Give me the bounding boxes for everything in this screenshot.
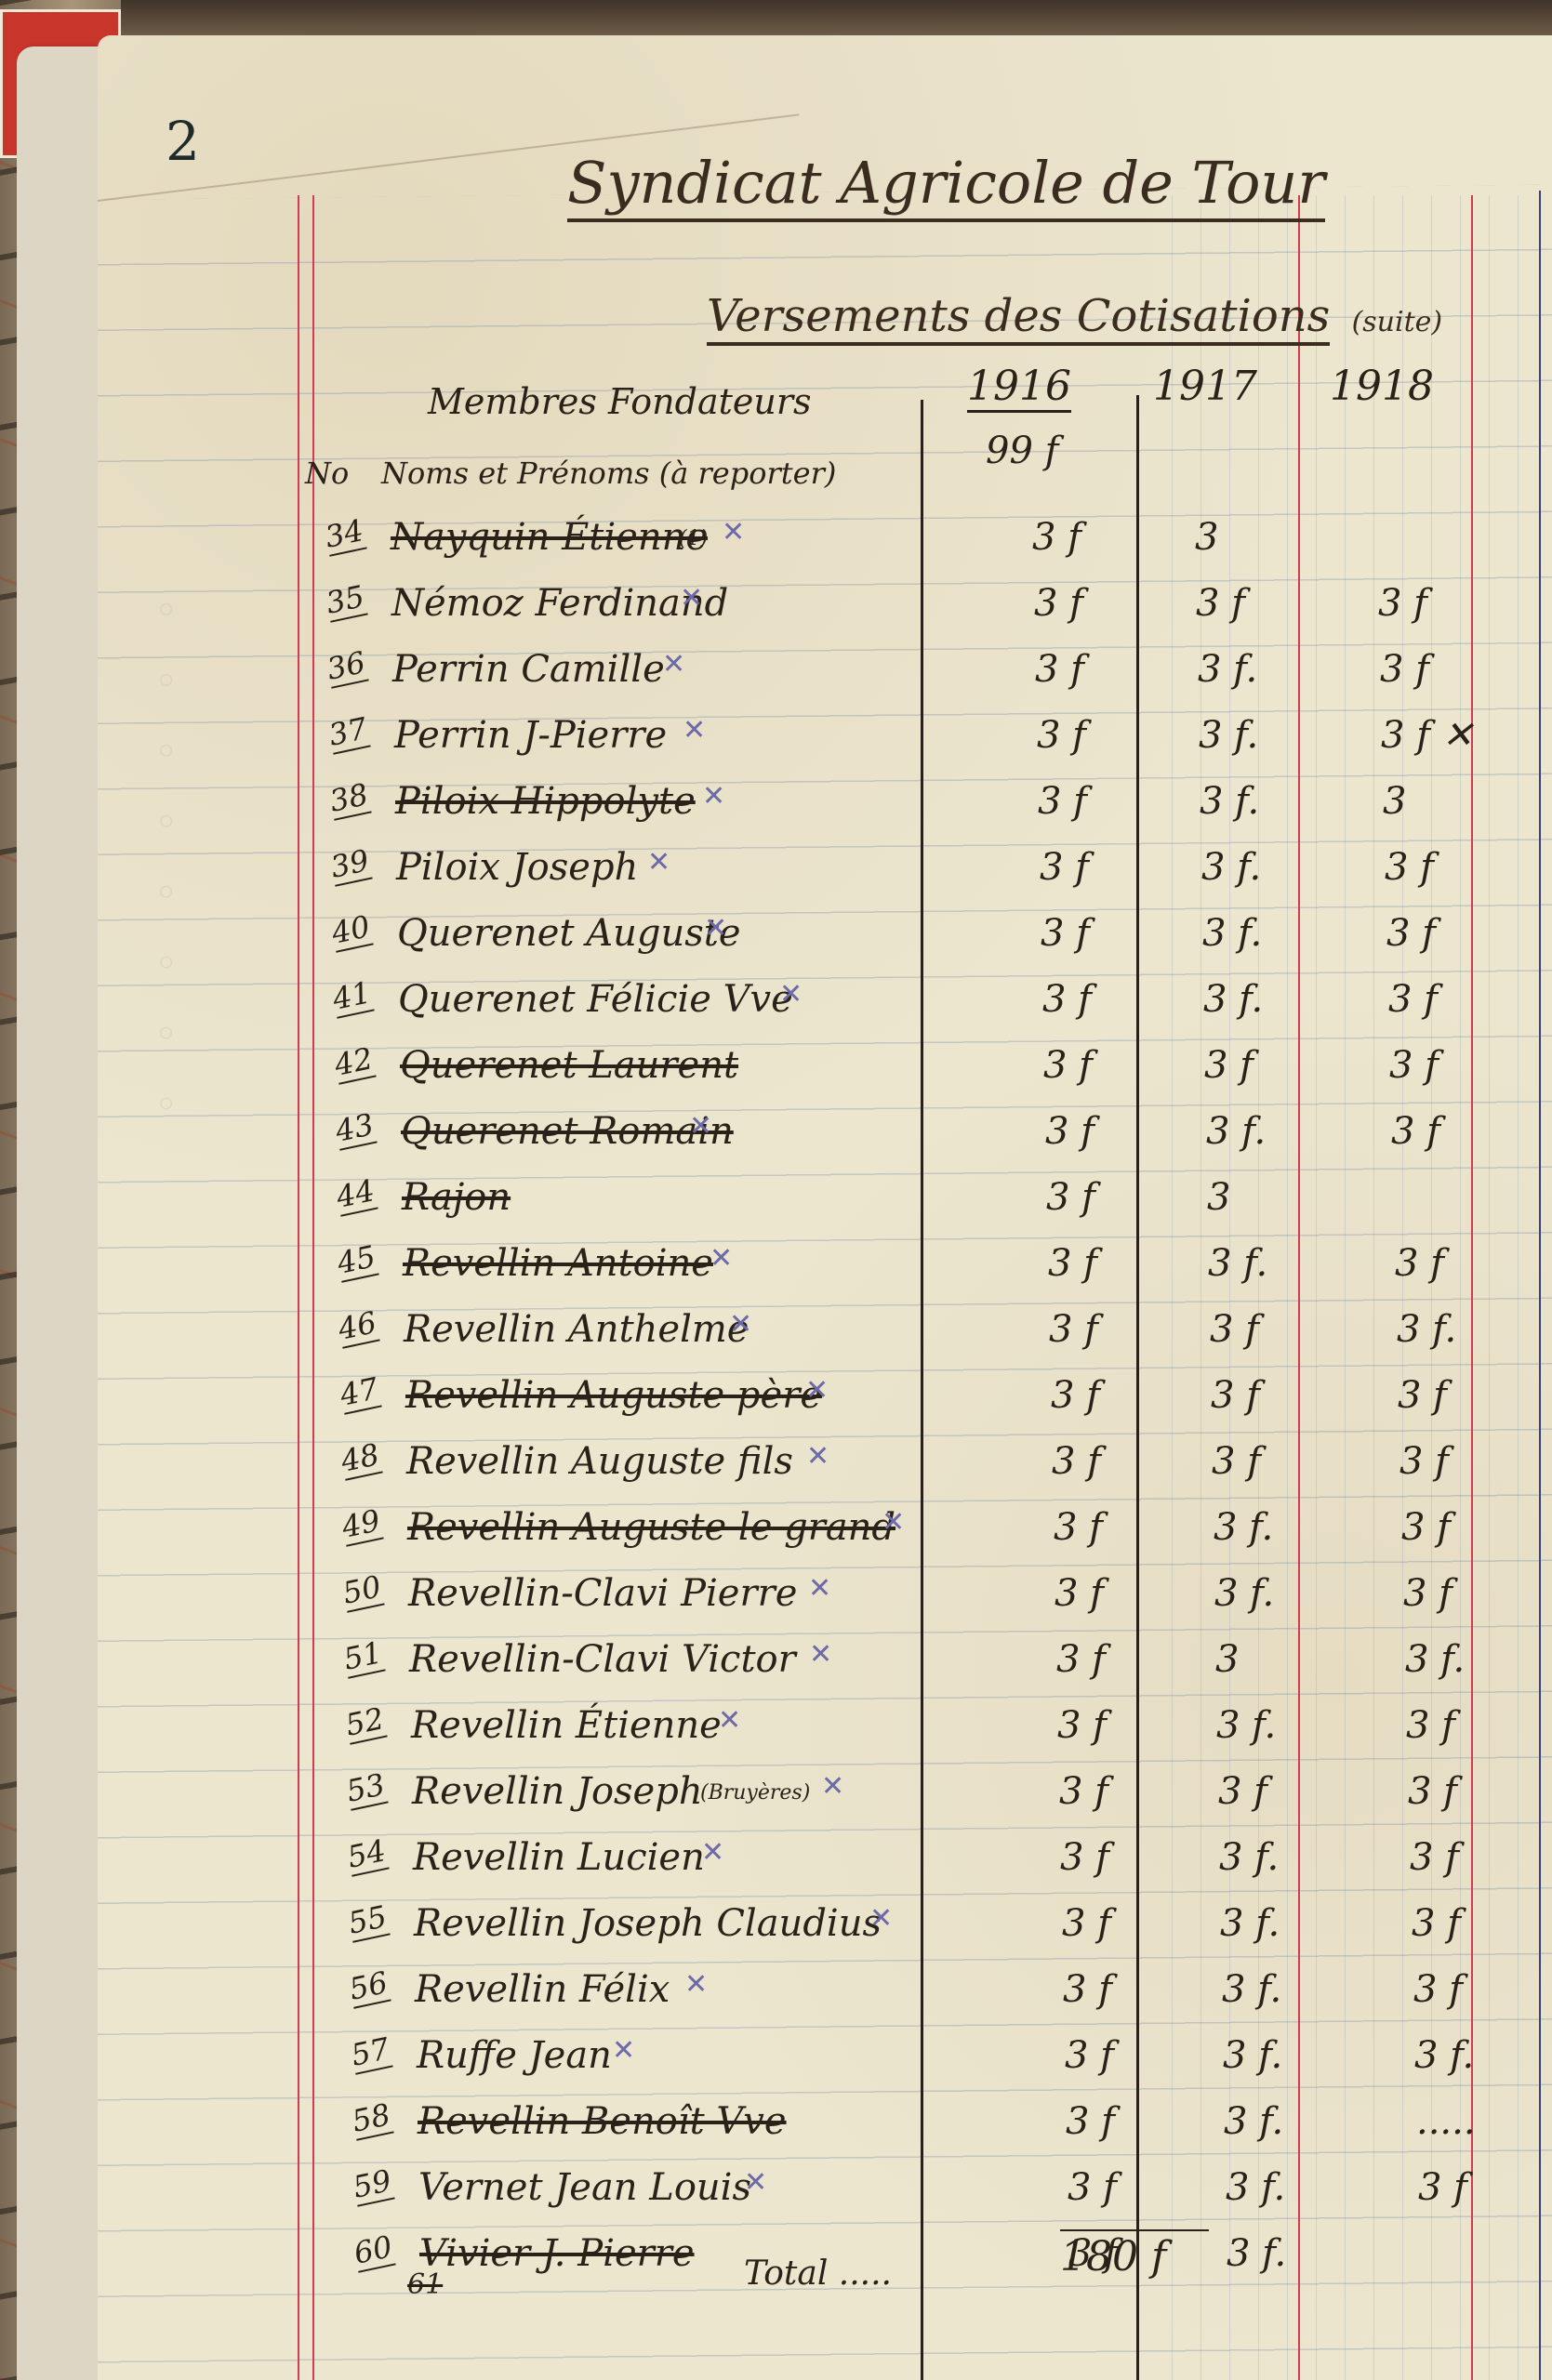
amount-1917: 3 bbox=[1215, 1638, 1239, 1681]
amount-1916: 3 f bbox=[1068, 2166, 1117, 2209]
column-rule-names-1916 bbox=[921, 400, 923, 2380]
member-name: Piloix Hippolyte bbox=[395, 780, 696, 823]
column-header-number: No bbox=[305, 456, 349, 491]
amount-1916: 3 f bbox=[1034, 582, 1083, 625]
amount-1916: 3 f bbox=[1032, 516, 1081, 559]
member-name: Perrin J-Pierre bbox=[394, 714, 667, 757]
member-name: Revellin Auguste le grand bbox=[407, 1506, 895, 1549]
amount-1916: 3 f bbox=[1038, 780, 1087, 823]
carried-forward-1916: 99 f bbox=[986, 430, 1058, 472]
row-number: 39 bbox=[327, 842, 372, 887]
amount-1916: 3 f bbox=[1059, 1770, 1108, 1813]
row-number: 44 bbox=[333, 1172, 378, 1217]
member-name: Revellin-Clavi Victor bbox=[409, 1638, 796, 1681]
pencil-check-mark: ✕ bbox=[702, 780, 725, 813]
pencil-check-mark: ✕ bbox=[722, 516, 745, 549]
amount-1916: 3 f bbox=[1035, 648, 1084, 691]
amount-1918: 3 f bbox=[1413, 1968, 1463, 2011]
pencil-check-mark: ✕ bbox=[882, 1506, 905, 1539]
amount-1916: 3 f bbox=[1066, 2100, 1115, 2143]
column-rule-1916-1917 bbox=[1136, 395, 1139, 2380]
margin-line-left bbox=[298, 195, 299, 2380]
names-label: Noms et Prénoms bbox=[381, 456, 650, 491]
member-name: Querenet Auguste bbox=[397, 912, 741, 955]
pencil-check-mark: ✕ bbox=[729, 1308, 752, 1341]
row-number: 60 bbox=[351, 2228, 395, 2273]
amount-1916: 3 f bbox=[1056, 1638, 1106, 1681]
amount-1918: 3 f bbox=[1380, 648, 1429, 691]
page-title: Syndicat Agricole de Tour bbox=[567, 149, 1325, 222]
amount-1916: 3 f bbox=[1051, 1374, 1100, 1417]
amount-1918: 3 f bbox=[1391, 1110, 1440, 1153]
pencil-check-mark: ✕ bbox=[806, 1440, 829, 1473]
amount-1918: 3 f bbox=[1398, 1374, 1447, 1417]
amount-1918: 3 f ✕ bbox=[1381, 714, 1473, 757]
margin-line-left-inner bbox=[312, 195, 314, 2380]
amount-1917: 3 f bbox=[1196, 582, 1245, 625]
amount-1916: 3 f bbox=[1046, 1176, 1095, 1219]
total-1916: 180 f bbox=[1060, 2233, 1166, 2281]
pencil-check-mark: ✕ bbox=[805, 1374, 829, 1407]
row-number: 40 bbox=[328, 908, 373, 953]
row-number: 41 bbox=[329, 974, 374, 1019]
pencil-check-mark: ✕ bbox=[779, 978, 803, 1011]
pencil-check-mark: ✕ bbox=[710, 1242, 733, 1275]
amount-1916: 3 f bbox=[1048, 1242, 1097, 1285]
row-number: 54 bbox=[344, 1832, 389, 1877]
column-header-1916: 1916 bbox=[967, 363, 1071, 413]
row-number: 50 bbox=[339, 1568, 384, 1613]
member-name: Némoz Ferdinand bbox=[391, 582, 728, 625]
amount-1918: 3 f bbox=[1385, 846, 1434, 889]
amount-1916: 3 f bbox=[1057, 1704, 1107, 1747]
amount-1917: 3 f bbox=[1210, 1308, 1259, 1351]
amount-1916: 3 f bbox=[1062, 1902, 1111, 1945]
member-name: Vivier J. Pierre bbox=[419, 2232, 695, 2275]
page-subtitle: Versements des Cotisations (suite) bbox=[707, 290, 1442, 342]
pencil-check-mark: ✕ bbox=[869, 1902, 893, 1935]
amount-1918: 3 f bbox=[1406, 1704, 1455, 1747]
amount-1916: 3 f bbox=[1063, 1968, 1112, 2011]
trailing-row-number: 61 bbox=[407, 2268, 443, 2301]
amount-1918: 3 f bbox=[1389, 1044, 1439, 1087]
desk-background-strip bbox=[0, 0, 1552, 33]
amount-1918: 3 f bbox=[1412, 1902, 1461, 1945]
member-note: (Bruyères) bbox=[700, 1781, 810, 1805]
amount-1916: 3 f bbox=[1060, 1836, 1109, 1879]
amount-1916: 3 f bbox=[1052, 1440, 1101, 1483]
member-name: Vernet Jean Louis bbox=[418, 2166, 751, 2209]
amount-1916: 3 f bbox=[1041, 912, 1090, 955]
pencil-check-mark: ✕ bbox=[821, 1770, 844, 1803]
amount-1918: 3 bbox=[1383, 780, 1406, 823]
pencil-check-mark: ✕ bbox=[809, 1638, 832, 1671]
pencil-check-mark: ✕ bbox=[689, 1110, 712, 1143]
amount-1918: 3 f bbox=[1410, 1836, 1459, 1879]
row-number: 37 bbox=[325, 710, 370, 755]
amount-1917: 3 f. bbox=[1224, 2100, 1283, 2143]
row-number: 36 bbox=[324, 644, 368, 689]
row-number: 51 bbox=[340, 1634, 385, 1679]
amount-1917: 3 f. bbox=[1214, 1572, 1274, 1615]
member-name: Revellin Benoît Vve bbox=[418, 2100, 787, 2143]
total-label: Total ..... bbox=[744, 2254, 892, 2293]
amount-1917: 3 bbox=[1207, 1176, 1230, 1219]
amount-1916: 3 f bbox=[1045, 1110, 1094, 1153]
amount-1916: 3 f bbox=[1043, 1044, 1093, 1087]
amount-1916: 3 f bbox=[1037, 714, 1086, 757]
member-name: Revellin Antoine bbox=[403, 1242, 713, 1285]
amount-1918: 3 f bbox=[1386, 912, 1436, 955]
column-header-1918: 1918 bbox=[1330, 363, 1434, 410]
row-number: 59 bbox=[350, 2162, 394, 2207]
member-name: Querenet Laurent bbox=[400, 1044, 738, 1087]
amount-1916: 3 f bbox=[1049, 1308, 1098, 1351]
amount-1918: 3 f bbox=[1418, 2166, 1467, 2209]
row-number: 38 bbox=[326, 776, 371, 821]
amount-1917: 3 f. bbox=[1199, 714, 1258, 757]
subtitle-main: Versements des Cotisations bbox=[707, 290, 1330, 346]
pencil-check-mark: ✕ bbox=[744, 2166, 767, 2199]
amount-1917: 3 f. bbox=[1203, 978, 1263, 1021]
member-name: Ruffe Jean bbox=[417, 2034, 612, 2077]
amount-1918: 3 f bbox=[1395, 1242, 1444, 1285]
member-name: Revellin-Clavi Pierre bbox=[408, 1572, 797, 1615]
row-number: 52 bbox=[342, 1700, 387, 1745]
amount-1916: 3 f bbox=[1065, 2034, 1114, 2077]
pencil-check-mark: ✕ bbox=[683, 714, 706, 747]
column-header-1917: 1917 bbox=[1153, 363, 1257, 410]
amount-1917: 3 f. bbox=[1201, 846, 1261, 889]
amount-1916: 3 f bbox=[1055, 1572, 1104, 1615]
amount-1917: 3 f bbox=[1204, 1044, 1254, 1087]
total-rule bbox=[1060, 2229, 1209, 2231]
row-number: 57 bbox=[348, 2030, 392, 2075]
amount-1917: 3 f. bbox=[1227, 2232, 1286, 2275]
row-number: 47 bbox=[337, 1370, 381, 1415]
amount-1918: 3 f bbox=[1378, 582, 1427, 625]
member-name: Revellin Étienne bbox=[411, 1704, 722, 1747]
member-name: Revellin Lucien bbox=[413, 1836, 705, 1879]
pencil-check-mark: ✕ bbox=[612, 2034, 635, 2067]
amount-1917: 3 f. bbox=[1206, 1110, 1266, 1153]
amount-1917: 3 f. bbox=[1202, 912, 1262, 955]
member-name: Perrin Camille bbox=[392, 648, 665, 691]
amount-1918: 3 f. bbox=[1397, 1308, 1456, 1351]
amount-1917: 3 f. bbox=[1216, 1704, 1276, 1747]
margin-line-1918 bbox=[1298, 195, 1300, 2380]
row-number: 56 bbox=[346, 1964, 391, 2009]
amount-1917: 3 f. bbox=[1220, 1902, 1280, 1945]
member-name: Revellin Joseph bbox=[412, 1770, 703, 1813]
member-name: Revellin Anthelme bbox=[404, 1308, 749, 1351]
pencil-check-mark: ✕ bbox=[808, 1572, 831, 1605]
amount-1918: 3 f bbox=[1408, 1770, 1457, 1813]
row-number: 34 bbox=[322, 512, 366, 557]
row-number: 49 bbox=[338, 1502, 383, 1547]
amount-1916: 3 f bbox=[1054, 1506, 1103, 1549]
pencil-check-mark: ✕ bbox=[718, 1704, 741, 1737]
row-number: 42 bbox=[331, 1040, 376, 1085]
amount-1916: 3 f bbox=[1042, 978, 1092, 1021]
row-number: 48 bbox=[338, 1436, 382, 1481]
amount-1917: 3 f. bbox=[1214, 1506, 1273, 1549]
amount-1918: 3 f bbox=[1401, 1506, 1451, 1549]
page-number: 2 bbox=[166, 110, 200, 173]
member-name: Querenet Romain bbox=[401, 1110, 734, 1153]
member-note: (1) bbox=[679, 527, 708, 550]
member-name: Piloix Joseph bbox=[396, 846, 638, 889]
subtitle-suffix: (suite) bbox=[1352, 306, 1443, 338]
paper-watermark: ◦ ◦ ◦ ◦ ◦ ◦ ◦ ◦ bbox=[144, 580, 192, 1116]
member-name: Rajon bbox=[402, 1176, 511, 1219]
amount-1917: 3 f. bbox=[1222, 1968, 1281, 2011]
amount-1918: 3 f bbox=[1388, 978, 1438, 1021]
amount-1917: 3 f. bbox=[1219, 1836, 1279, 1879]
pencil-check-mark: ✕ bbox=[684, 1968, 708, 2001]
amount-1916: 3 f bbox=[1040, 846, 1089, 889]
section-label: Membres Fondateurs bbox=[428, 381, 812, 422]
amount-1918: 3 f. bbox=[1405, 1638, 1465, 1681]
row-number: 55 bbox=[345, 1898, 390, 1943]
pencil-check-mark: ✕ bbox=[647, 846, 670, 879]
member-name: Revellin Auguste fils bbox=[406, 1440, 793, 1483]
row-number: 43 bbox=[332, 1106, 377, 1151]
pencil-check-mark: ✕ bbox=[704, 912, 727, 945]
amount-1917: 3 f bbox=[1211, 1374, 1260, 1417]
member-name: Revellin Auguste père bbox=[405, 1374, 822, 1417]
margin-line-far-right bbox=[1539, 191, 1541, 2380]
row-number: 58 bbox=[349, 2096, 393, 2141]
amount-1917: 3 f. bbox=[1198, 648, 1257, 691]
amount-1918: 3 f bbox=[1399, 1440, 1449, 1483]
amount-1918: ..... bbox=[1416, 2100, 1476, 2143]
member-name: Nayquin Étienne bbox=[391, 516, 708, 559]
row-number: 45 bbox=[334, 1238, 378, 1283]
row-number: 46 bbox=[335, 1304, 379, 1349]
row-number: 53 bbox=[343, 1766, 388, 1811]
amount-1918: 3 f bbox=[1403, 1572, 1453, 1615]
amount-1917: 3 f. bbox=[1226, 2166, 1285, 2209]
amount-1917: 3 f bbox=[1218, 1770, 1267, 1813]
member-name: Revellin Félix bbox=[415, 1968, 670, 2011]
amount-1918: 3 f. bbox=[1414, 2034, 1474, 2077]
amount-1917: 3 f. bbox=[1223, 2034, 1282, 2077]
member-name: Querenet Félicie Vve bbox=[398, 978, 793, 1021]
pencil-check-mark: ✕ bbox=[662, 648, 685, 681]
carry-note: (à reporter) bbox=[659, 456, 837, 491]
member-name: Revellin Joseph Claudius bbox=[414, 1902, 882, 1945]
pencil-check-mark: ✕ bbox=[701, 1836, 724, 1869]
amount-1917: 3 f bbox=[1212, 1440, 1261, 1483]
amount-1917: 3 bbox=[1195, 516, 1218, 559]
pencil-check-mark: ✕ bbox=[680, 582, 703, 615]
column-header-names: Noms et Prénoms (à reporter) bbox=[381, 456, 836, 491]
amount-1917: 3 f. bbox=[1208, 1242, 1267, 1285]
row-number: 35 bbox=[323, 578, 367, 623]
amount-1917: 3 f. bbox=[1200, 780, 1259, 823]
